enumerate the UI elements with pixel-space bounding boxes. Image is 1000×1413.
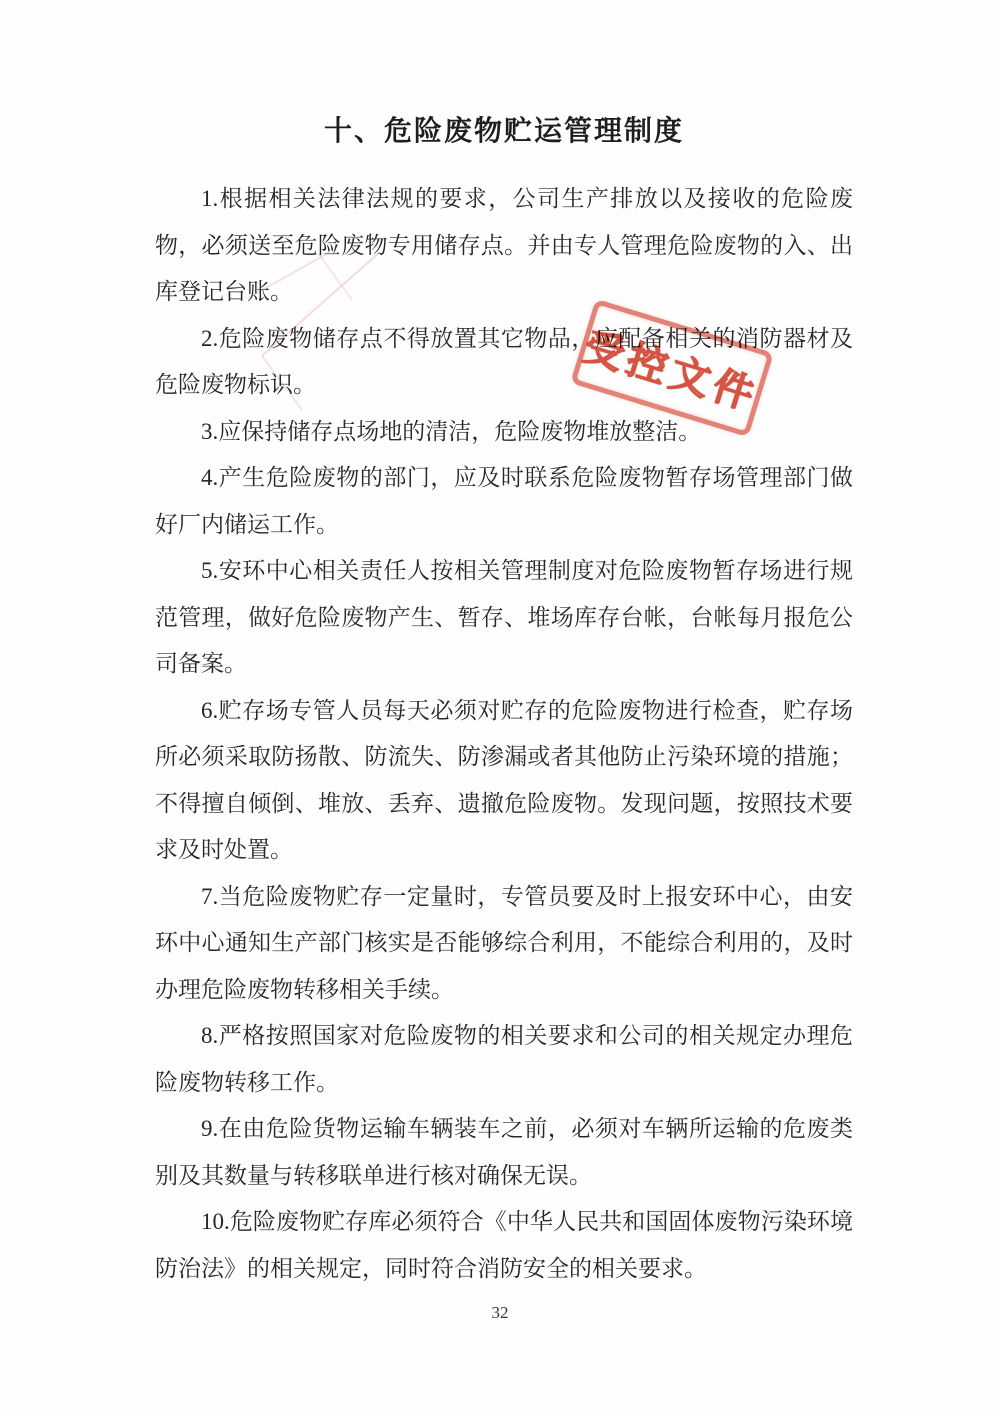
document-body: 十、危险废物贮运管理制度 1.根据相关法律法规的要求，公司生产排放以及接收的危险… [155,112,853,1292]
document-sheet: 十、危险废物贮运管理制度 1.根据相关法律法规的要求，公司生产排放以及接收的危险… [0,0,1000,1413]
paragraph: 10.危险废物贮存库必须符合《中华人民共和国固体废物污染环境防治法》的相关规定，… [155,1199,853,1292]
paragraph: 7.当危险废物贮存一定量时，专管员要及时上报安环中心，由安环中心通知生产部门核实… [155,874,853,1014]
paragraph: 8.严格按照国家对危险废物的相关要求和公司的相关规定办理危险废物转移工作。 [155,1013,853,1106]
paragraph: 6.贮存场专管人员每天必须对贮存的危险废物进行检查，贮存场所必须采取防扬散、防流… [155,688,853,874]
paragraph: 9.在由危险货物运输车辆装车之前，必须对车辆所运输的危废类别及其数量与转移联单进… [155,1106,853,1199]
page-title: 十、危险废物贮运管理制度 [155,112,853,152]
paragraph: 1.根据相关法律法规的要求，公司生产排放以及接收的危险废物，必须送至危险废物专用… [155,176,853,316]
paragraph: 5.安环中心相关责任人按相关管理制度对危险废物暂存场进行规范管理，做好危险废物产… [155,548,853,688]
page-number: 32 [0,1303,1000,1323]
paragraph: 4.产生危险废物的部门，应及时联系危险废物暂存场管理部门做好厂内储运工作。 [155,455,853,548]
